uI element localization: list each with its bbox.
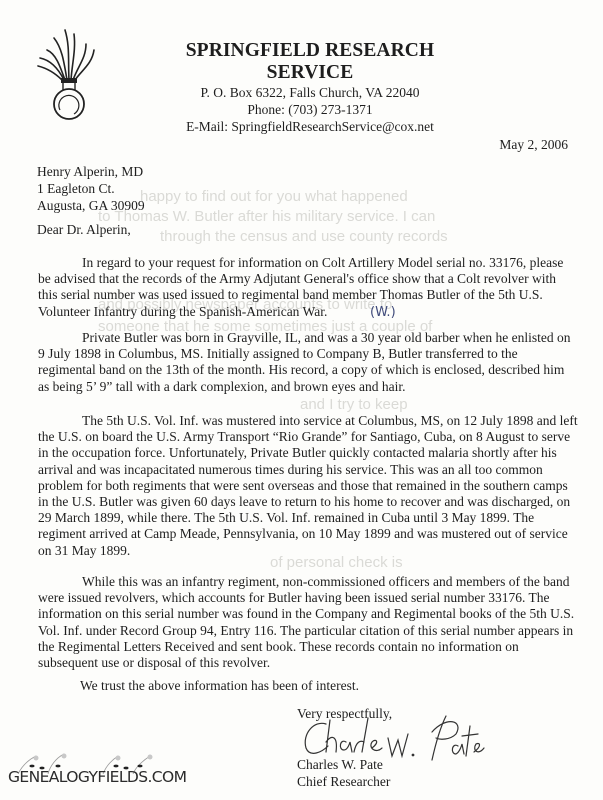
recipient-street: 1 Eagleton Ct. bbox=[37, 180, 145, 197]
flaming-grenade-icon bbox=[36, 24, 106, 124]
letter-date: May 2, 2006 bbox=[499, 137, 568, 153]
closing-line: We trust the above information has been … bbox=[80, 678, 359, 694]
signature-block: Very respectfully, Charles W. Pate Chief… bbox=[297, 705, 392, 790]
letterhead: SPRINGFIELD RESEARCH SERVICE P. O. Box 6… bbox=[140, 40, 480, 135]
salutation: Dear Dr. Alperin, bbox=[37, 222, 131, 238]
bleed-through-text: and I try to keep bbox=[300, 396, 408, 413]
organization-phone: Phone: (703) 273-1371 bbox=[140, 101, 480, 118]
paragraph-text: In regard to your request for informatio… bbox=[38, 255, 578, 320]
letter-page: happy to find out for you what happened … bbox=[0, 0, 603, 800]
signer-name: Charles W. Pate bbox=[297, 756, 392, 773]
bleed-through-text: happy to find out for you what happened bbox=[140, 188, 408, 205]
paragraph-text: While this was an infantry regiment, non… bbox=[38, 574, 578, 671]
body-paragraph: Private Butler was born in Grayville, IL… bbox=[38, 330, 578, 395]
organization-address: P. O. Box 6322, Falls Church, VA 22040 bbox=[140, 84, 480, 101]
paragraph-text: Private Butler was born in Grayville, IL… bbox=[38, 330, 578, 395]
signoff: Very respectfully, bbox=[297, 705, 392, 722]
bleed-through-text: to Thomas W. Butler after his military s… bbox=[98, 208, 435, 225]
body-paragraph: While this was an infantry regiment, non… bbox=[38, 574, 578, 671]
handwritten-note: (W.) bbox=[370, 305, 396, 320]
signer-title: Chief Researcher bbox=[297, 773, 392, 790]
recipient-name: Henry Alperin, MD bbox=[37, 163, 145, 180]
watermark-logo: GENEALOGYFIELDS.COM bbox=[8, 768, 186, 786]
organization-name: SPRINGFIELD RESEARCH SERVICE bbox=[140, 40, 480, 84]
body-paragraph: The 5th U.S. Vol. Inf. was mustered into… bbox=[38, 413, 578, 559]
paragraph-text: The 5th U.S. Vol. Inf. was mustered into… bbox=[38, 413, 578, 559]
organization-email: E-Mail: SpringfieldResearchService@cox.n… bbox=[140, 118, 480, 135]
recipient-city: Augusta, GA 30909 bbox=[37, 197, 145, 214]
recipient-address: Henry Alperin, MD 1 Eagleton Ct. Augusta… bbox=[37, 163, 145, 214]
bleed-through-text: through the census and use county record… bbox=[160, 228, 448, 245]
body-paragraph: In regard to your request for informatio… bbox=[38, 255, 578, 320]
